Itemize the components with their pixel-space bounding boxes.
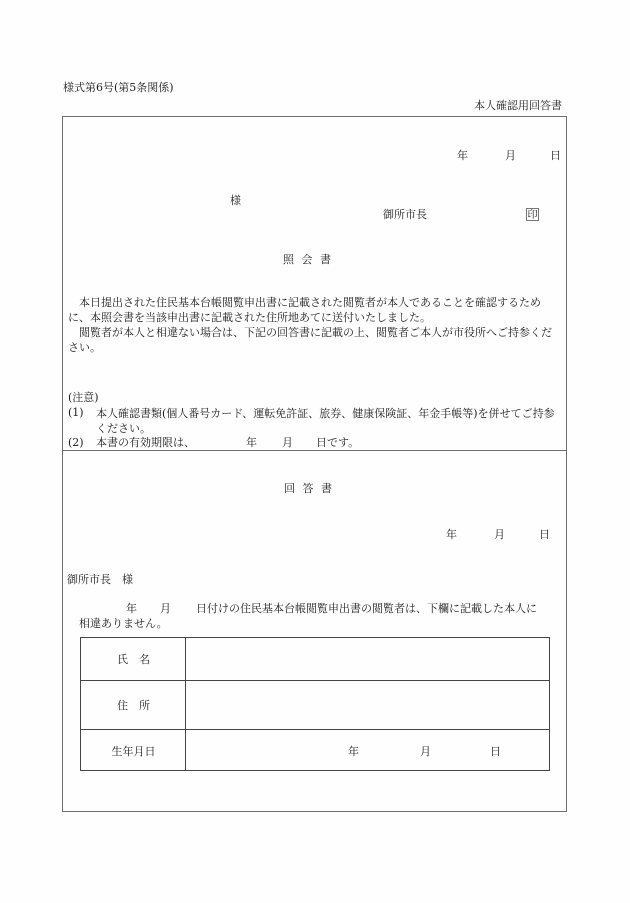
response-date-day: 日 <box>539 529 550 540</box>
response-date-year: 年 <box>446 529 457 540</box>
birthdate-day: 日 <box>490 746 501 757</box>
inquiry-date-year: 年 <box>457 150 468 161</box>
address-label: 住 所 <box>81 700 186 711</box>
name-field[interactable] <box>187 640 547 678</box>
table-row-divider <box>81 680 549 681</box>
sender-name: 御所市長 <box>383 209 427 220</box>
birthdate-label: 生年月日 <box>81 746 186 757</box>
statement-year: 年 <box>126 603 137 614</box>
inquiry-paragraph-2: 閲覧者が本人と相違ない場合は、下記の回答書に記載の上、閲覧者ご本人が市役所へご持… <box>68 325 562 355</box>
identity-table: 氏 名 住 所 生年月日 年 月 日 <box>80 637 550 771</box>
note-2-year: 年 <box>246 437 257 448</box>
note-2-day-suffix: 日です。 <box>316 437 359 448</box>
note-1-text-content: 本人確認書類(個人番号カード、運転免許証、旅券、健康保険証、年金手帳等)を併せて… <box>96 407 555 435</box>
response-addressee: 御所市長 様 <box>67 574 133 585</box>
notes-heading: (注意) <box>68 392 99 403</box>
response-date-month: 月 <box>494 529 505 540</box>
section-divider <box>62 450 567 451</box>
statement-month: 月 <box>160 603 171 614</box>
addressee-suffix: 様 <box>230 195 241 206</box>
note-2-number: (2) <box>68 437 84 448</box>
seal-icon: 印 <box>526 208 539 221</box>
response-title: 回 答 書 <box>284 483 334 494</box>
statement-text: 日付けの住民基本台帳閲覧申出書の閲覧者は、下欄に記載した本人に <box>196 603 537 614</box>
note-2-prefix: 本書の有効期限は、 <box>96 437 195 448</box>
name-label: 氏 名 <box>81 654 186 665</box>
inquiry-paragraph-1: 本日提出された住民基本台帳閲覧申出書に記載された閲覧者が本人であることを確認する… <box>68 295 562 325</box>
birthdate-year: 年 <box>348 746 359 757</box>
form-number: 様式第6号(第5条関係) <box>63 82 174 93</box>
table-row-divider <box>81 729 549 730</box>
inquiry-date-day: 日 <box>550 150 561 161</box>
statement-text-line2: 相違ありません。 <box>79 618 168 629</box>
note-2-month: 月 <box>282 437 293 448</box>
inquiry-date-month: 月 <box>505 150 516 161</box>
form-title: 本人確認用回答書 <box>474 100 562 111</box>
address-field[interactable] <box>187 683 547 727</box>
note-1-text: 本人確認書類(個人番号カード、運転免許証、旅券、健康保険証、年金手帳等)を併せて… <box>96 406 562 436</box>
birthdate-month: 月 <box>420 746 431 757</box>
inquiry-title: 照 会 書 <box>283 254 333 265</box>
note-1-number: (1) <box>68 407 84 418</box>
